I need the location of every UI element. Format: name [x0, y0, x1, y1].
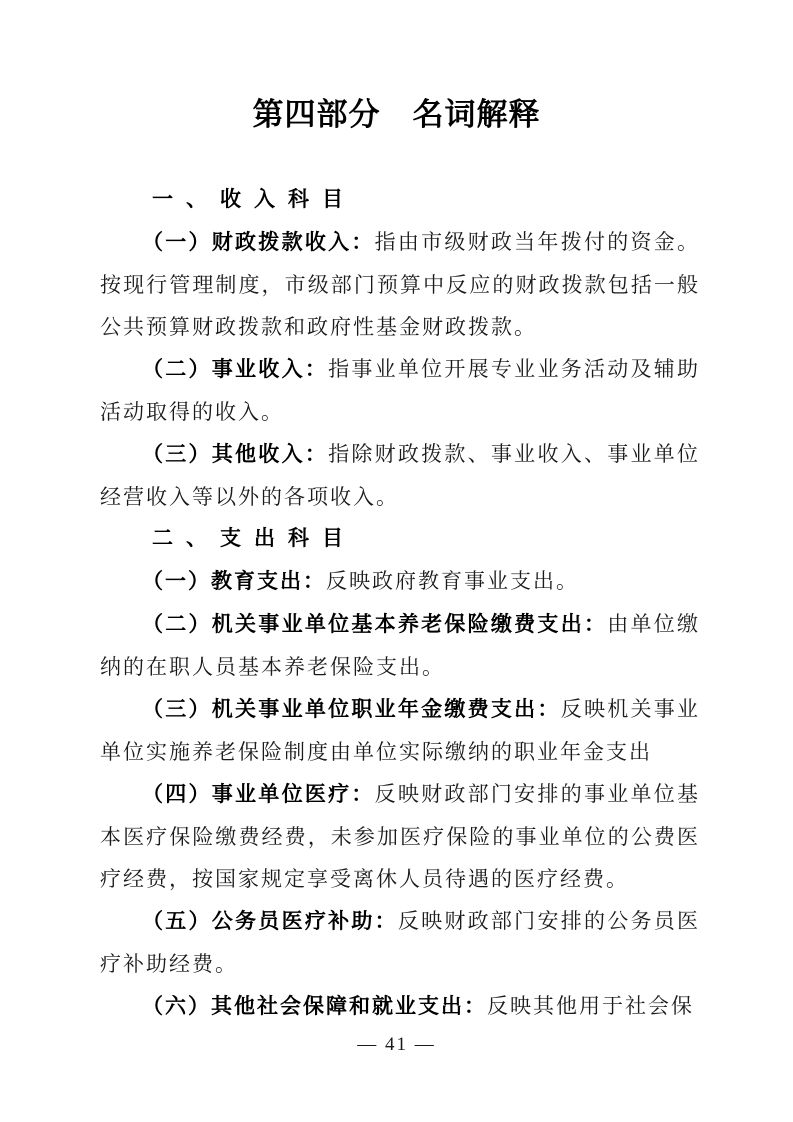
term-paragraph: （二）事业收入：指事业单位开展专业业务活动及辅助活动取得的收入。 — [100, 348, 700, 433]
term-name: （六）其他社会保障和就业支出： — [142, 995, 487, 1018]
term-name: （四）事业单位医疗： — [142, 783, 375, 806]
term-paragraph: （一）财政拨款收入：指由市级财政当年拨付的资金。按现行管理制度，市级部门预算中反… — [100, 221, 700, 348]
term-name: （三）其他收入： — [142, 443, 328, 466]
term-name: （三）机关事业单位职业年金缴费支出： — [142, 698, 561, 721]
term-name: （二）事业收入： — [142, 358, 328, 381]
term-paragraph: （六）其他社会保障和就业支出：反映其他用于社会保 — [100, 985, 700, 1028]
page-title: 第四部分 名词解释 — [0, 93, 793, 137]
term-paragraph: （五）公务员医疗补助：反映财政部门安排的公务员医疗补助经费。 — [100, 900, 700, 985]
term-definition: 反映其他用于社会保 — [487, 994, 694, 1018]
term-paragraph: （一）教育支出：反映政府教育事业支出。 — [100, 560, 700, 603]
section-heading-income: 一、收入科目 — [100, 179, 700, 221]
term-paragraph: （二）机关事业单位基本养老保险缴费支出：由单位缴纳的在职人员基本养老保险支出。 — [100, 603, 700, 688]
term-paragraph: （四）事业单位医疗：反映财政部门安排的事业单位基本医疗保险缴费经费，未参加医疗保… — [100, 773, 700, 900]
term-name: （二）机关事业单位基本养老保险缴费支出： — [142, 613, 607, 636]
term-paragraph: （三）机关事业单位职业年金缴费支出：反映机关事业单位实施养老保险制度由单位实际缴… — [100, 688, 700, 773]
document-body: 一、收入科目 （一）财政拨款收入：指由市级财政当年拨付的资金。按现行管理制度，市… — [100, 179, 700, 1028]
section-heading-expenditure: 二、支出科目 — [100, 518, 700, 560]
term-definition: 反映政府教育事业支出。 — [326, 569, 579, 593]
term-name: （一）财政拨款收入： — [142, 231, 375, 254]
term-name: （五）公务员医疗补助： — [142, 910, 398, 933]
page-number: — 41 — — [0, 1034, 793, 1056]
document-page: 第四部分 名词解释 一、收入科目 （一）财政拨款收入：指由市级财政当年拨付的资金… — [0, 0, 793, 1122]
term-name: （一）教育支出： — [142, 570, 326, 593]
term-paragraph: （三）其他收入：指除财政拨款、事业收入、事业单位经营收入等以外的各项收入。 — [100, 433, 700, 518]
